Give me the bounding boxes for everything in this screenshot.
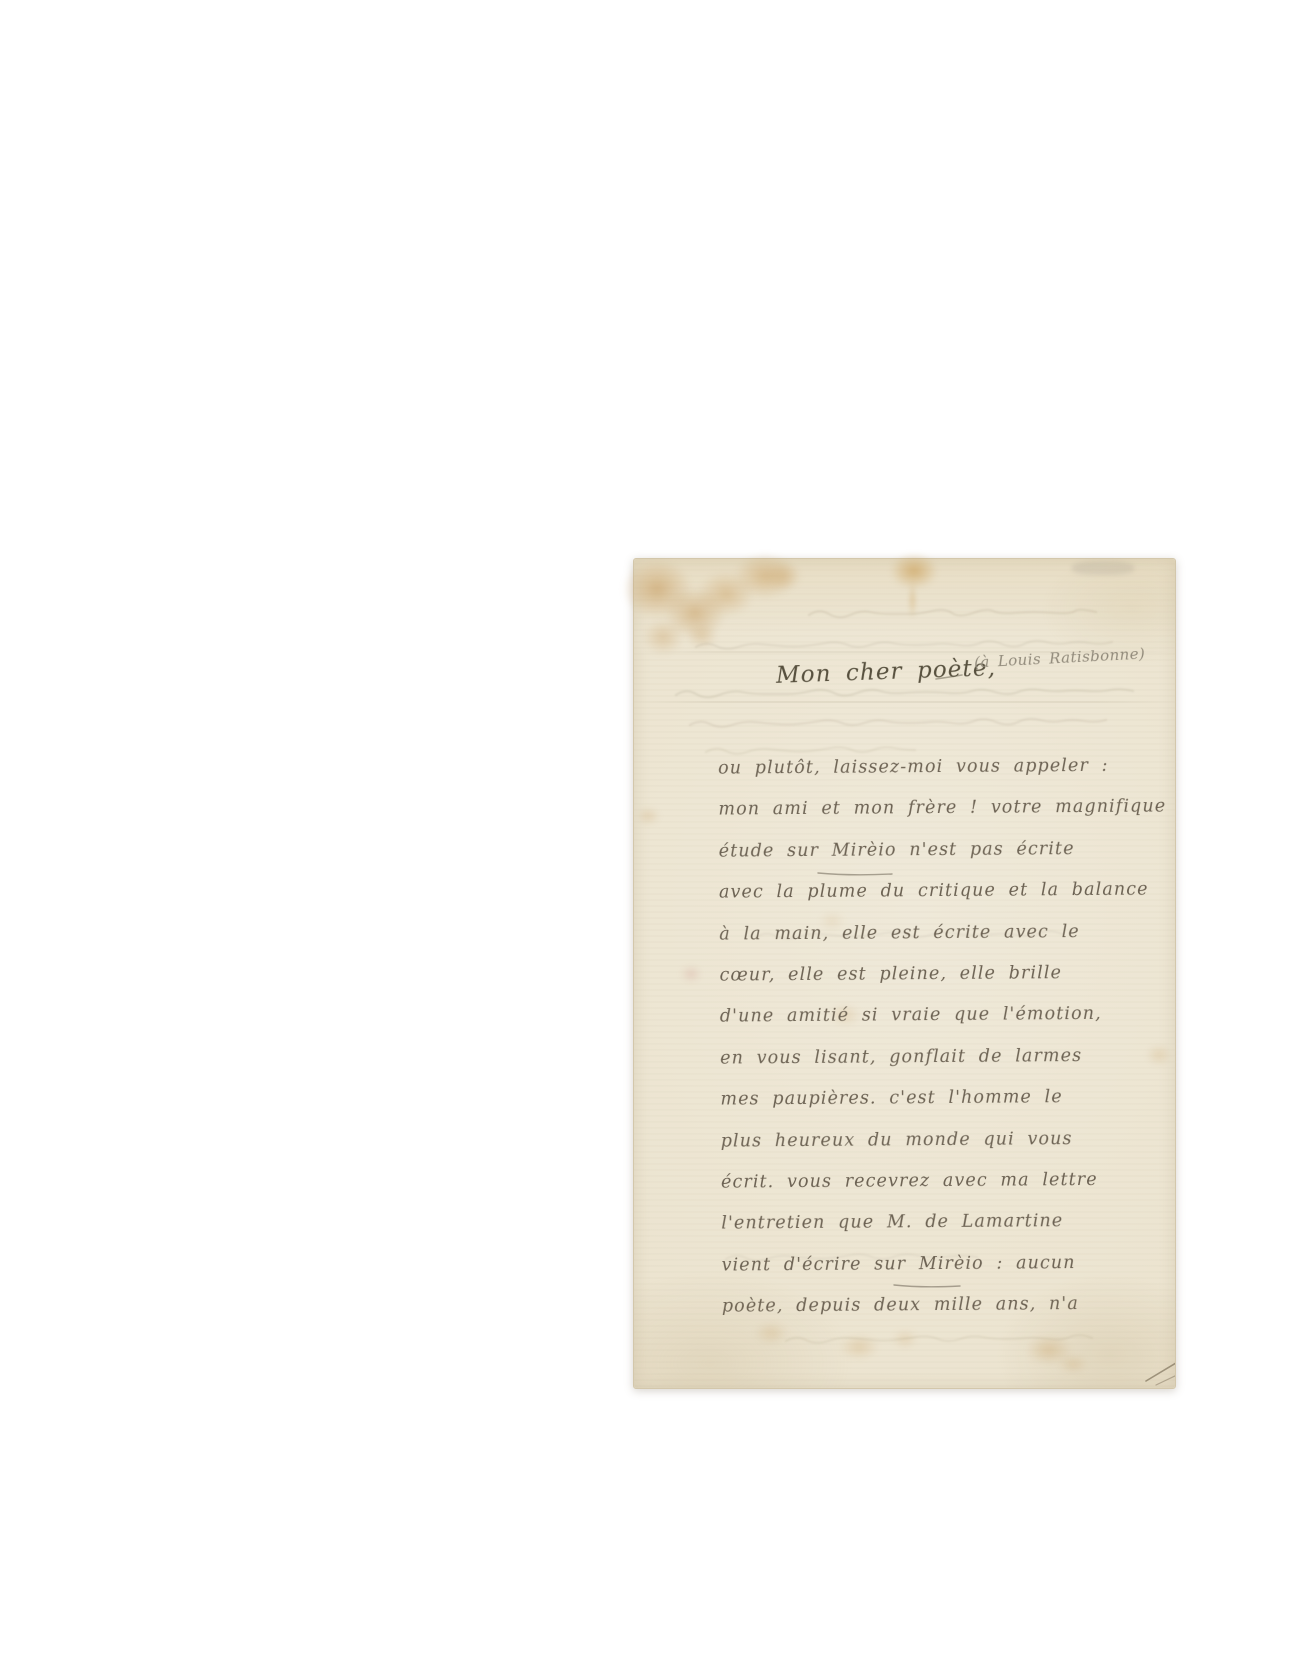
foxing-stain (1026, 1335, 1072, 1365)
foxing-stain (890, 553, 938, 589)
handwritten-line: l'entretien que M. de Lamartine (721, 1201, 1161, 1245)
handwritten-line: cœur, elle est pleine, elle brille (719, 952, 1159, 996)
handwritten-line: vient d'écrire sur Mirèio : aucun (721, 1242, 1161, 1286)
letter-body: ou plutôt, laissez-moi vous appeler : mo… (718, 745, 1162, 1328)
handwritten-line: ou plutôt, laissez-moi vous appeler : (718, 745, 1158, 789)
handwritten-line: en vous lisant, gonflait de larmes (720, 1035, 1160, 1079)
handwritten-line: poète, depuis deux mille ans, n'a (722, 1284, 1162, 1328)
foxing-stain (686, 623, 718, 649)
foxing-stain (622, 559, 692, 619)
salutation: Mon cher poète, (776, 655, 997, 689)
pencil-annotation: (à Louis Ratisbonne) (974, 645, 1146, 672)
handwritten-line: avec la plume du critique et la balance (719, 870, 1159, 914)
foxing-stain (839, 1334, 879, 1360)
foxing-stain (766, 561, 802, 591)
foxing-stain (642, 619, 684, 655)
handwritten-line: mes paupières. c'est l'homme le (720, 1077, 1160, 1121)
pencil-smudge (1072, 561, 1134, 575)
foxing-stain (698, 571, 754, 617)
handwritten-line: écrit. vous recevrez avec ma lettre (721, 1159, 1161, 1203)
handwritten-line: à la main, elle est écrite avec le (719, 911, 1159, 955)
letter-page: Mon cher poète, (à Louis Ratisbonne) ou … (633, 558, 1176, 1389)
photo-stage: Mon cher poète, (à Louis Ratisbonne) ou … (0, 0, 1301, 1672)
foxing-stain (734, 553, 796, 599)
foxing-stain (1058, 1354, 1088, 1374)
foxing-stain (908, 581, 917, 619)
foxing-stain (664, 587, 726, 639)
handwritten-line: plus heureux du monde qui vous (721, 1118, 1161, 1162)
foxing-stain (680, 965, 702, 983)
foxing-stain (636, 807, 660, 825)
handwritten-line: d'une amitié si vraie que l'émotion, (720, 994, 1160, 1038)
paper-crease (634, 701, 1175, 703)
foxing-stain (892, 1329, 918, 1349)
handwritten-line: mon ami et mon frère ! votre magnifique (718, 787, 1158, 831)
handwritten-line: étude sur Mirèio n'est pas écrite (719, 828, 1159, 872)
